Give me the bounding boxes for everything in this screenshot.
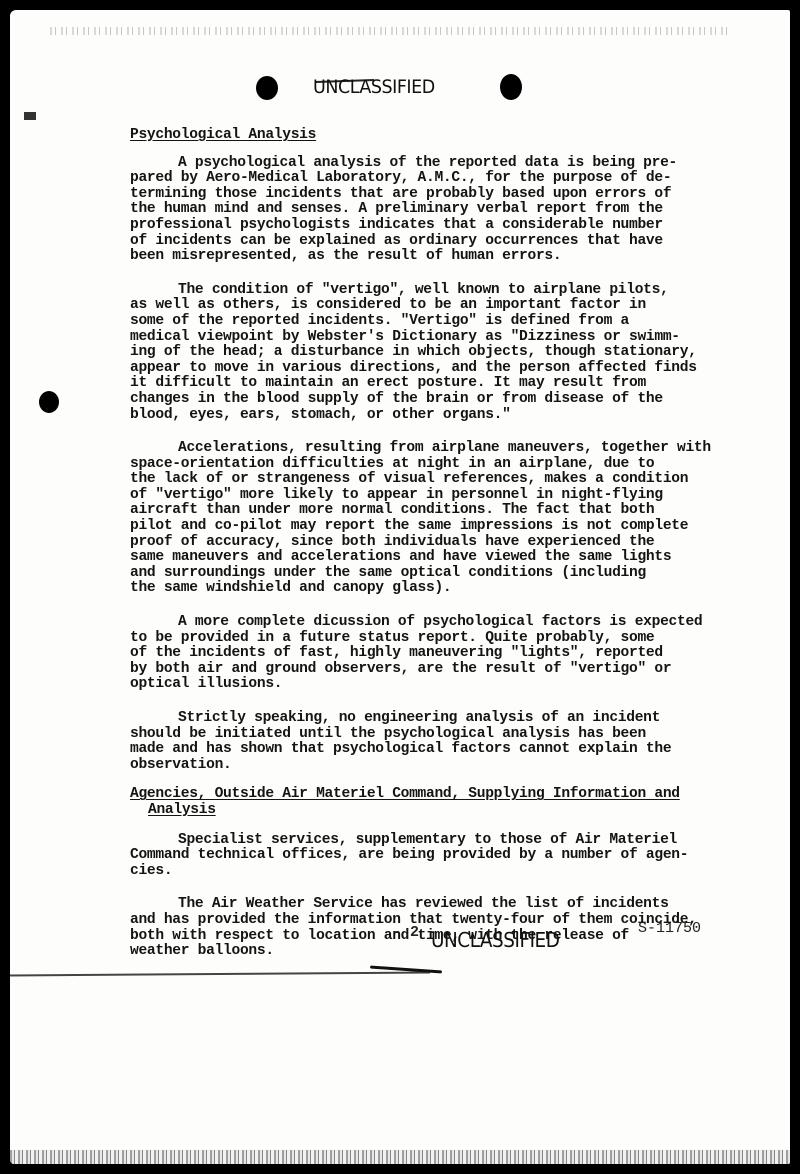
paragraph-2: The condition of "vertigo", well known t… bbox=[130, 283, 740, 423]
margin-mark bbox=[24, 112, 36, 120]
section-heading-psychological-analysis: Psychological Analysis bbox=[130, 128, 316, 144]
punch-hole-left-margin bbox=[39, 391, 59, 413]
scanned-document-page: UNCLASSIFIED Psychological Analysis A ps… bbox=[10, 10, 790, 1164]
paragraph-1: A psychological analysis of the reported… bbox=[130, 156, 740, 265]
paragraph-5: Strictly speaking, no engineering analys… bbox=[130, 711, 740, 773]
paragraph-6: Specialist services, supplementary to th… bbox=[130, 833, 740, 880]
paragraph-4: A more complete dicussion of psychologic… bbox=[130, 615, 740, 693]
document-body: Psychological Analysis A psychological a… bbox=[130, 128, 740, 978]
punch-hole-top-left bbox=[256, 76, 278, 100]
section-heading-agencies-line2: Analysis bbox=[130, 803, 740, 819]
section-heading-agencies-line1: Agencies, Outside Air Materiel Command, … bbox=[130, 786, 680, 802]
scan-noise-bottom bbox=[10, 1150, 790, 1164]
classification-stamp-bottom: UNCLASSIFIED bbox=[431, 928, 559, 952]
scan-noise-top bbox=[50, 27, 730, 35]
punch-hole-top-right bbox=[500, 74, 522, 100]
paragraph-3: Accelerations, resulting from airplane m… bbox=[130, 441, 740, 597]
classification-stamp-top: UNCLASSIFIED bbox=[313, 76, 435, 98]
section-heading-agencies: Agencies, Outside Air Materiel Command, … bbox=[130, 787, 740, 818]
reference-number: S-11750 bbox=[638, 920, 701, 937]
